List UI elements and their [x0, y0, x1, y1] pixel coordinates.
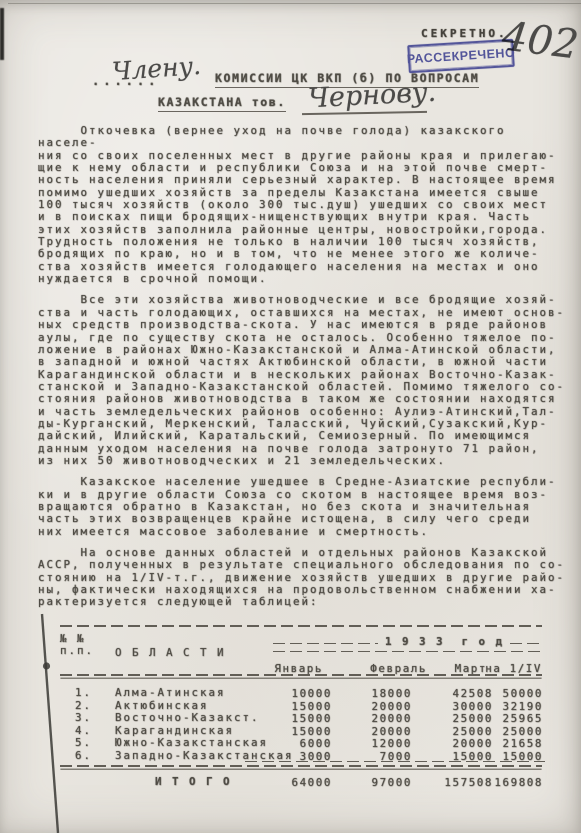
cell-april1: 32190	[479, 700, 543, 713]
cell-january: 15000	[268, 712, 332, 725]
cell-february: 20000	[348, 700, 412, 713]
row-number: 1.	[75, 687, 92, 699]
total-january: 64000	[268, 776, 332, 789]
cell-january: 15000	[268, 725, 332, 738]
binding-thread-artifact	[30, 610, 74, 833]
table-year-header: 1 9 3 3 г о д	[385, 636, 504, 648]
left-edge-mark	[0, 8, 4, 60]
declassified-stamp: РАССЕКРЕЧЕНО	[407, 39, 515, 73]
paragraph-2: Все эти хозяйства животноводческие и все…	[38, 294, 568, 467]
table-rule-above-total-values	[245, 761, 545, 762]
cell-april1: 50000	[479, 687, 543, 700]
table-rule-header	[60, 674, 542, 676]
scanned-document-page: СЕКРЕТНО. 402 РАССЕКРЕЧЕНО ...... Члену.…	[0, 0, 581, 833]
cell-april1: 25965	[479, 712, 543, 725]
row-number: 3.	[75, 712, 92, 724]
cell-february: 18000	[348, 687, 412, 700]
paragraph-3: Казакское население ушедшее в Средне-Ази…	[38, 476, 568, 538]
statistics-table: № № п.п. О Б Л А С Т И 1 9 3 3 г о д Янв…	[36, 618, 564, 798]
heading-name-handwritten: Чернову.	[307, 77, 437, 115]
cell-january: 10000	[268, 687, 332, 700]
row-number: 4.	[75, 725, 92, 737]
total-february: 97000	[348, 776, 412, 789]
table-rule-top	[60, 625, 542, 627]
paragraph-4: На основе данных областей и отдельных ра…	[38, 547, 568, 609]
cell-february: 20000	[348, 712, 412, 725]
document-body: Откочевка (вернее уход на почве голода) …	[38, 125, 568, 618]
row-oblast: Алма-Атинская	[115, 687, 226, 699]
table-oblast-header: О Б Л А С Т И	[115, 647, 226, 659]
total-april1: 169808	[479, 776, 543, 789]
row-oblast: Актюбинская	[115, 700, 209, 712]
paragraph-1: Откочевка (вернее уход на почве голода) …	[38, 125, 568, 285]
row-number: 2.	[75, 700, 92, 712]
row-number: 5.	[75, 737, 92, 749]
heading-line2: КАЗАКСТАНА тов.	[158, 95, 286, 112]
cell-february: 12000	[348, 737, 412, 750]
year-header-dash-right	[510, 643, 542, 644]
row-oblast: Восточно-Казакст.	[115, 712, 260, 724]
classification-label: СЕКРЕТНО.	[421, 27, 508, 40]
year-header-dash-left	[273, 643, 378, 644]
declassified-stamp-text: РАССЕКРЕЧЕНО	[406, 46, 515, 67]
row-oblast: Карагандинская	[115, 725, 234, 737]
top-edge-line	[8, 3, 581, 4]
cell-february: 20000	[348, 725, 412, 738]
cell-january: 15000	[268, 700, 332, 713]
heading-addressee-handwritten: Члену.	[111, 51, 202, 86]
row-oblast: Южно-Казакстанская	[115, 737, 268, 749]
cell-april1: 21658	[479, 737, 543, 750]
cell-april1: 25000	[479, 725, 543, 738]
row-number: 6.	[75, 750, 92, 762]
year-header-underline	[273, 651, 542, 652]
table-rule-above-total	[60, 765, 542, 767]
total-label: И Т О Г О	[155, 776, 232, 788]
